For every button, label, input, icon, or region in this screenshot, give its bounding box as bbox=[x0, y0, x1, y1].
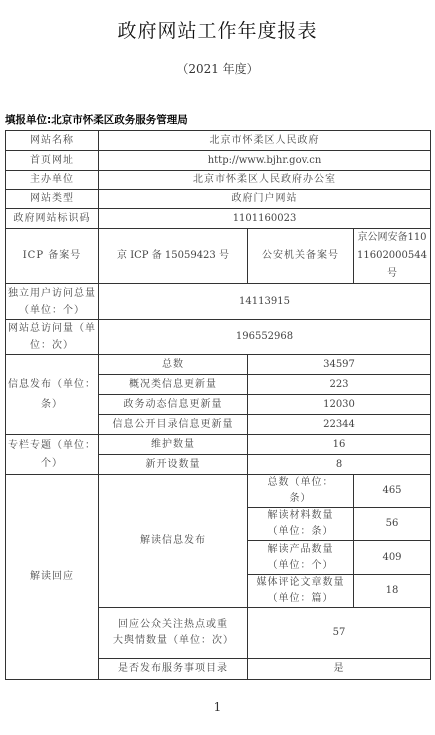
table-row: 专栏专题（单位：个） 维护数量 16 bbox=[6, 435, 431, 455]
report-title: 政府网站工作年度报表 bbox=[0, 16, 435, 43]
icp-value: 京 ICP 备 15059423 号 bbox=[99, 229, 248, 284]
response-label: 回应公众关注热点或重大舆情数量（单位：次） bbox=[99, 608, 248, 659]
report-table: 网站名称 北京市怀柔区人民政府 首页网址 http://www.bjhr.gov… bbox=[5, 130, 431, 680]
police-value: 京公网安备11011602000544 号 bbox=[354, 229, 431, 284]
service-value: 是 bbox=[248, 659, 431, 680]
host-label: 主办单位 bbox=[6, 171, 99, 190]
table-row: ICP 备案号 京 ICP 备 15059423 号 公安机关备案号 京公网安备… bbox=[6, 229, 431, 284]
info-row-label: 政务动态信息更新量 bbox=[99, 395, 248, 415]
columns-row-label: 维护数量 bbox=[99, 435, 248, 455]
interpret-row-label: 媒体评论文章数量（单位：篇） bbox=[248, 575, 354, 608]
table-row: 独立用户访问总量（单位：个） 14113915 bbox=[6, 284, 431, 320]
icp-label: ICP 备案号 bbox=[6, 229, 99, 284]
info-row-label: 信息公开目录信息更新量 bbox=[99, 415, 248, 435]
site-name-label: 网站名称 bbox=[6, 131, 99, 151]
type-value: 政府门户网站 bbox=[99, 190, 431, 209]
table-row: 政府网站标识码 1101160023 bbox=[6, 209, 431, 229]
interpret-row-label: 总数（单位：条） bbox=[248, 475, 354, 508]
info-row-label: 概况类信息更新量 bbox=[99, 375, 248, 395]
table-row: 网站总访问量（单位：次） 196552968 bbox=[6, 320, 431, 355]
interpret-sub-label: 解读信息发布 bbox=[99, 475, 248, 608]
table-row: 网站名称 北京市怀柔区人民政府 bbox=[6, 131, 431, 151]
interpret-row-value: 409 bbox=[354, 541, 431, 575]
page-number: 1 bbox=[0, 700, 435, 714]
unique-visits-label: 独立用户访问总量（单位：个） bbox=[6, 284, 99, 320]
interpret-row-label: 解读材料数量（单位：条） bbox=[248, 508, 354, 541]
interpret-row-value: 18 bbox=[354, 575, 431, 608]
table-row: 网站类型 政府门户网站 bbox=[6, 190, 431, 209]
interpret-row-value: 465 bbox=[354, 475, 431, 508]
host-value: 北京市怀柔区人民政府办公室 bbox=[99, 171, 431, 190]
info-row-value: 223 bbox=[248, 375, 431, 395]
total-visits-value: 196552968 bbox=[99, 320, 431, 355]
table-row: 首页网址 http://www.bjhr.gov.cn bbox=[6, 151, 431, 171]
response-value: 57 bbox=[248, 608, 431, 659]
homepage-label: 首页网址 bbox=[6, 151, 99, 171]
info-row-value: 22344 bbox=[248, 415, 431, 435]
id-value: 1101160023 bbox=[99, 209, 431, 229]
columns-label: 专栏专题（单位：个） bbox=[6, 435, 99, 475]
columns-row-value: 8 bbox=[248, 455, 431, 475]
type-label: 网站类型 bbox=[6, 190, 99, 209]
info-row-value: 34597 bbox=[248, 355, 431, 375]
police-label: 公安机关备案号 bbox=[248, 229, 354, 284]
info-label: 信息发布（单位：条） bbox=[6, 355, 99, 435]
table-row: 信息发布（单位：条） 总数 34597 bbox=[6, 355, 431, 375]
service-label: 是否发布服务事项目录 bbox=[99, 659, 248, 680]
homepage-value: http://www.bjhr.gov.cn bbox=[99, 151, 431, 171]
interpret-label: 解读回应 bbox=[6, 475, 99, 680]
columns-row-value: 16 bbox=[248, 435, 431, 455]
interpret-row-label: 解读产品数量（单位：个） bbox=[248, 541, 354, 575]
id-label: 政府网站标识码 bbox=[6, 209, 99, 229]
info-row-label: 总数 bbox=[99, 355, 248, 375]
table-row: 主办单位 北京市怀柔区人民政府办公室 bbox=[6, 171, 431, 190]
unique-visits-value: 14113915 bbox=[99, 284, 431, 320]
total-visits-label: 网站总访问量（单位：次） bbox=[6, 320, 99, 355]
report-year: （2021 年度） bbox=[0, 60, 435, 77]
columns-row-label: 新开设数量 bbox=[99, 455, 248, 475]
site-name-value: 北京市怀柔区人民政府 bbox=[99, 131, 431, 151]
table-row: 解读回应 解读信息发布 总数（单位：条） 465 bbox=[6, 475, 431, 508]
info-row-value: 12030 bbox=[248, 395, 431, 415]
filler-unit: 填报单位:北京市怀柔区政务服务管理局 bbox=[5, 112, 188, 127]
interpret-row-value: 56 bbox=[354, 508, 431, 541]
